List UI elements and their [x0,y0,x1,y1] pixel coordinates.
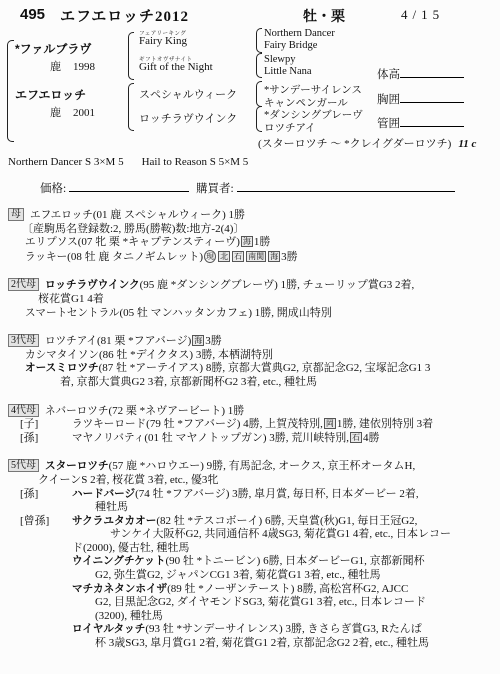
family-line: ウイニングチケット(90 牡 *トニービン) 6勝, 日本ダービーG1, 京都新… [72,555,500,569]
race-record-text: G2, 弥生賞G2, ジャパンCG1 3着, 菊花賞G1 3着, etc., 種… [95,569,380,581]
page-header: 495 エフエロッチ2012 牡・栗 4/15 [0,0,500,28]
region-badge: 南関 [246,251,266,262]
ancestor-name: Slewpy [264,54,296,65]
family-line: スマートセントラル(05 牡 マンハッタンカフェ) 1勝, 開成山特別 [25,307,500,321]
height-field: 体高 [377,65,464,83]
region-badge: 海 [192,335,204,346]
family-line: 杯 3歳SG3, 皐月賞G1 2着, 菊花賞G1 2着, 京都記念G2 2着, … [95,637,500,651]
family-tail-text: (スターロツチ ～ *クレイグダーロツチ) [258,138,451,150]
family-section: 3代母ロツチアイ(81 栗 *フアバージ)海3勝カシマタイソン(86 牡 *デイ… [8,334,500,389]
race-record-text: 〔産駒馬名登録数:2, 勝馬(勝鞍)数:地方-2(4)〕 [22,223,244,235]
pedigree-chart: *ファルブラヴ 鹿1998 エフエロッチ 鹿2001 フェアリーキング Fair… [0,28,500,152]
granddam-name: Gift of the Night [139,61,213,73]
family-section: 母エフエロッチ(01 鹿 スペシャルウィーク) 1勝〔産駒馬名登録数:2, 勝馬… [8,208,500,264]
gen3-brace [256,53,262,78]
family-section: 2代母ロッチラヴウインク(95 鹿 *ダンシングブレーヴ) 1勝, チューリップ… [8,278,500,320]
race-record-text: (57 鹿 *ハロウエー) 9勝, 有馬記念, オークス, 京王杯オータムH, [109,460,416,472]
race-record-text: 桜花賞G1 4着 [38,293,104,305]
race-record-text: 1勝 [254,236,271,248]
family-section-head: 4代母ネバーロツチ(72 栗 *ネヴアービート) 1勝 [8,404,500,419]
race-record-text: (87 牡 *アーテイアス) 8勝, 京都大賞典G2, 京都記念G2, 宝塚記念… [99,362,431,374]
relation-label: [孫] [20,488,72,502]
sire-coat-year: 鹿1998 [50,58,95,74]
grandsire-name: Fairy King [139,35,187,47]
dam-year: 2001 [73,107,95,119]
family-line: 〔産駒馬名登録数:2, 勝馬(勝鞍)数:地方-2(4)〕 [22,223,500,237]
girth-field: 胸囲 [377,90,464,108]
family-section-head: 2代母ロッチラヴウインク(95 鹿 *ダンシングブレーヴ) 1勝, チューリップ… [8,278,500,293]
generation-label: 母 [8,208,24,221]
girth-field-label: 胸囲 [377,94,400,106]
race-record-text: (74 牡 *フアバージ) 3勝, 皐月賞, 毎日杯, 日本ダービー 2着, [135,488,419,500]
race-record-text: 杯 3歳SG3, 皐月賞G1 2着, 菊花賞G1 2着, 京都記念G2 2着, … [95,637,429,649]
sire-parents-brace [128,32,134,80]
status-badge: 現 [204,250,216,263]
family-section: 4代母ネバーロツチ(72 栗 *ネヴアービート) 1勝[子]ラツキーロード(79… [8,404,500,446]
race-record-text: (95 鹿 *ダンシングブレーヴ) 1勝, チューリップ賞G3 2着, [140,279,415,291]
horse-name: ネバーロツチ [45,405,108,417]
family-line: ラッキー(08 牡 鹿 タニノギムレット)現北石南関海3勝 [25,250,500,265]
price-fill-line [69,180,189,192]
family-tail-note: (スターロツチ ～ *クレイグダーロツチ)11 c [258,135,476,151]
sex-coat-label: 牡・栗 [303,6,345,26]
cannon-field: 管囲 [377,114,464,132]
race-record-text: (01 鹿 スペシャルウィーク) 1勝 [93,209,245,221]
granddam-name: ロッチラヴウインク [139,110,237,126]
family-line: エリプソス(07 牝 栗 *キャプテンスティーヴ)海1勝 [25,236,500,250]
cannon-fill-line [400,116,464,127]
height-field-label: 体高 [377,69,400,81]
race-record-text: (07 牝 栗 *キャプテンスティーヴ) [78,236,240,248]
horse-name: サクラユタカオー [72,515,156,527]
region-badge: 石 [350,432,362,443]
family-line: 着, 京都大賞典G2 3着, 京都新聞杯G2 3着, etc., 種牡馬 [60,376,500,390]
buyer-label: 購買者: [196,183,234,195]
race-record-text: (82 牡 *テスコボーイ) 6勝, 天皇賞(秋)G1, 毎日王冠G2, [156,515,417,527]
horse-name: ハードバージ [72,488,135,500]
cannon-field-label: 管囲 [377,118,400,130]
catalog-page: 495 エフエロッチ2012 牡・栗 4/15 *ファルブラヴ 鹿1998 エフ… [0,0,500,674]
price-row: 価格: 購買者: [40,180,500,198]
family-line: G2, 弥生賞G2, ジャパンCG1 3着, 菊花賞G1 3着, etc., 種… [95,569,500,583]
gen3-brace [256,81,262,107]
buyer-fill-line [237,180,455,192]
inbreeding-line: Northern Dancer S 3×M 5Hail to Reason S … [8,156,500,168]
girth-fill-line [400,92,464,103]
inbreeding-item: Hail to Reason S 5×M 5 [142,156,249,168]
family-line: G2, 目黒記念G2, ダイヤモンドSG3, 菊花賞G1 3着, etc., 日… [95,596,500,610]
family-line: サンケイ大阪杯G2, 共同通信杯 4歳SG3, 菊花賞G1 4着, etc., … [110,528,500,542]
family-number: 11 c [458,138,476,150]
family-line: [子]ラツキーロード(79 牡 *フアバージ) 4勝, 上賀茂特別,岡1勝, 建… [20,418,500,432]
family-line: [孫]ハードバージ(74 牡 *フアバージ) 3勝, 皐月賞, 毎日杯, 日本ダ… [20,488,500,502]
family-line: (3200), 種牡馬 [95,610,500,624]
family-line: ロイヤルタッチ(93 牡 *サンデーサイレンス) 3勝, きさらぎ賞G3, Rた… [72,623,500,637]
generation-label: 2代母 [8,278,39,291]
race-record-text: サンケイ大阪杯G2, 共同通信杯 4歳SG3, 菊花賞G1 4着, etc., … [110,528,451,540]
horse-name: ロッチラヴウインク [45,279,140,291]
horse-name: ラッキー [25,251,67,263]
ancestor-name: Northern Dancer [264,28,335,39]
sire-coat: 鹿 [50,61,61,73]
relation-label: [子] [20,418,72,432]
dam-coat: 鹿 [50,107,61,119]
ancestor-name: Little Nana [264,66,312,77]
price-label: 価格: [40,183,66,195]
horse-name: マヤノリバティ [72,432,144,444]
horse-name: エフエロッチ [30,209,93,221]
family-section: 5代母スターロツチ(57 鹿 *ハロウエー) 9勝, 有馬記念, オークス, 京… [8,459,500,650]
page-title: エフエロッチ2012 [60,5,189,26]
race-record-text: (72 栗 *ネヴアービート) 1勝 [108,405,244,417]
horse-name: ウイニングチケット [72,555,165,567]
horse-name: エリプソス [25,236,78,248]
race-record-text: (3200), 種牡馬 [95,610,163,622]
ancestor-name: ロツチアイ [264,120,316,135]
generation-label: 4代母 [8,404,39,417]
race-record-text: (86 牡 *デイクタス) 3勝, 本栖湖特別 [99,349,273,361]
family-line: [孫]マヤノリバティ(01 牡 マヤノトップガン) 3勝, 荒川峡特別,石4勝 [20,432,500,446]
race-record-text: ド(2000), 優古牡, 種牡馬 [72,542,189,554]
horse-name: スマートセントラル [25,307,120,319]
generation-label: 3代母 [8,334,39,347]
height-fill-line [400,67,464,78]
inbreeding-item: Northern Dancer S 3×M 5 [8,156,124,168]
race-record-text: (93 牡 *サンデーサイレンス) 3勝, きさらぎ賞G3, Rたんぱ [145,623,421,635]
page-number: 4/15 [401,7,444,23]
race-record-text: 3勝 [281,251,298,263]
horse-name: オースミロツチ [25,362,99,374]
family-section-head: 母エフエロッチ(01 鹿 スペシャルウィーク) 1勝 [8,208,500,223]
grandsire-name: スペシャルウィーク [139,86,237,102]
horse-name: カシマタイソン [25,349,99,361]
region-badge: 石 [232,251,244,262]
ancestor-name: Fairy Bridge [264,40,317,51]
relation-label: [孫] [20,432,72,446]
sire-year: 1998 [73,61,95,73]
race-record-text: クイーンS 2着, 桜花賞 3着, etc., 優3牝 [38,474,218,486]
region-badge: 北 [218,251,230,262]
race-record-text: 4勝 [363,432,380,444]
race-record-text: 着, 京都大賞典G2 3着, 京都新聞杯G2 3着, etc., 種牡馬 [60,376,317,388]
family-sections: 母エフエロッチ(01 鹿 スペシャルウィーク) 1勝〔産駒馬名登録数:2, 勝馬… [0,208,500,651]
race-record-text: 3勝 [205,335,222,347]
family-line: マチカネタンホイザ(89 牡 *ノーザンテースト) 8勝, 高松宮杯G2, AJ… [72,583,500,597]
region-badge: 海 [268,251,280,262]
dam-coat-year: 鹿2001 [50,104,95,120]
race-record-text: (01 牡 マヤノトップガン) 3勝, 荒川峡特別, [144,432,349,444]
family-line: 桜花賞G1 4着 [38,293,500,307]
generation-label: 5代母 [8,459,39,472]
race-record-text: (08 牡 鹿 タニノギムレット) [67,251,203,263]
race-record-text: (90 牡 *トニービン) 6勝, 日本ダービーG1, 京都新聞杯 [165,555,424,567]
region-badge: 海 [241,236,253,247]
family-line: 種牡馬 [95,501,500,515]
horse-name: ラツキーロード [72,418,146,430]
gen3-brace [256,106,262,132]
family-section-head: 5代母スターロツチ(57 鹿 *ハロウエー) 9勝, 有馬記念, オークス, 京… [8,459,500,474]
dam-name: エフエロッチ [15,86,86,103]
gen3-brace [256,28,262,53]
region-badge: 岡 [324,418,336,429]
dam-parents-brace [128,83,134,131]
family-line: カシマタイソン(86 牡 *デイクタス) 3勝, 本栖湖特別 [25,349,500,363]
relation-label: [曾孫] [20,515,72,529]
generation1-brace [7,40,14,142]
family-line: [曾孫]サクラユタカオー(82 牡 *テスコボーイ) 6勝, 天皇賞(秋)G1,… [20,515,500,529]
race-record-text: (89 牡 *ノーザンテースト) 8勝, 高松宮杯G2, AJCC [167,583,408,595]
horse-name: ロイヤルタッチ [72,623,145,635]
family-section-head: 3代母ロツチアイ(81 栗 *フアバージ)海3勝 [8,334,500,349]
family-line: オースミロツチ(87 牡 *アーテイアス) 8勝, 京都大賞典G2, 京都記念G… [25,362,500,376]
sire-name: *ファルブラヴ [15,40,91,57]
race-record-text: (05 牡 マンハッタンカフェ) 1勝, 開成山特別 [120,307,332,319]
horse-name: ロツチアイ [45,335,97,347]
race-record-text: 1勝, 建依別特別 3着 [337,418,433,430]
race-record-text: (81 栗 *フアバージ) [97,335,191,347]
horse-name: スターロツチ [45,460,109,472]
race-record-text: G2, 目黒記念G2, ダイヤモンドSG3, 菊花賞G1 3着, etc., 日… [95,596,426,608]
race-record-text: (79 牡 *フアバージ) 4勝, 上賀茂特別, [146,418,323,430]
lot-number: 495 [20,6,45,23]
family-line: ド(2000), 優古牡, 種牡馬 [72,542,500,556]
race-record-text: 種牡馬 [95,501,128,513]
family-line: クイーンS 2着, 桜花賞 3着, etc., 優3牝 [38,474,500,488]
horse-name: マチカネタンホイザ [72,583,167,595]
